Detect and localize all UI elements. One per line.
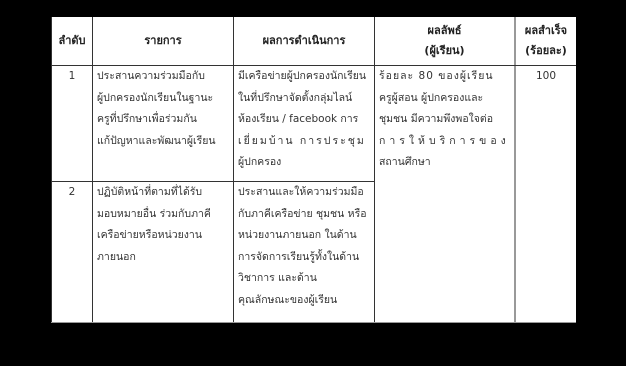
text-line: ครูผู้สอน ผู้ปกครองและ <box>379 88 510 110</box>
text-line: ภายนอก <box>97 247 229 269</box>
text-line: กับภาคีเครือข่าย ชุมชน หรือ <box>238 204 370 226</box>
text-line: ปฏิบัติหน้าที่ตามที่ได้รับ <box>97 182 229 204</box>
text-line: ผู้ปกครอง <box>238 152 370 174</box>
text-line: การให้บริการของ <box>379 131 510 153</box>
header-outcome: ผลลัพธ์ (ผู้เรียน) <box>375 17 514 65</box>
text-line: ร้อยละ 80 ของผู้เรียน <box>379 66 510 88</box>
header-item: รายการ <box>93 17 233 65</box>
text-line: เครือข่ายหรือหน่วยงาน <box>97 225 229 247</box>
text-line: แก้ปัญหาและพัฒนาผู้เรียน <box>97 131 229 153</box>
outcome-merged: ร้อยละ 80 ของผู้เรียน ครูผู้สอน ผู้ปกครอ… <box>375 66 514 174</box>
table-border-bottom <box>51 322 576 323</box>
header-order: ลำดับ <box>52 17 92 65</box>
success-merged: 100 <box>516 66 576 88</box>
text-line: ห้องเรียน / facebook การ <box>238 109 370 131</box>
header-order-label: ลำดับ <box>58 31 85 51</box>
header-success: ผลสำเร็จ (ร้อยละ) <box>516 17 576 65</box>
row2-order: 2 <box>52 182 92 204</box>
text-line: เยี่ยมบ้าน การประชุม <box>238 131 370 153</box>
document-page: ลำดับ รายการ ผลการดำเนินการ ผลลัพธ์ (ผู้… <box>51 17 576 323</box>
header-outcome-line2: (ผู้เรียน) <box>424 41 464 61</box>
text-line: มีเครือข่ายผู้ปกครองนักเรียน <box>238 66 370 88</box>
text-line: ผู้ปกครองนักเรียนในฐานะ <box>97 88 229 110</box>
text-line: ประสานความร่วมมือกับ <box>97 66 229 88</box>
header-item-label: รายการ <box>144 31 181 51</box>
text-line: ประสานและให้ความร่วมมือ <box>238 182 370 204</box>
text-line: ชุมชน มีความพึงพอใจต่อ <box>379 109 510 131</box>
row1-item: ประสานความร่วมมือกับ ผู้ปกครองนักเรียนใน… <box>93 66 233 152</box>
text-line: ในที่ปรึกษาจัดตั้งกลุ่มไลน์ <box>238 88 370 110</box>
text-line: ครูที่ปรึกษาเพื่อร่วมกัน <box>97 109 229 131</box>
row1-process: มีเครือข่ายผู้ปกครองนักเรียน ในที่ปรึกษา… <box>234 66 374 174</box>
header-process: ผลการดำเนินการ <box>234 17 374 65</box>
text-line: มอบหมายอื่น ร่วมกับภาคี <box>97 204 229 226</box>
header-process-label: ผลการดำเนินการ <box>263 31 346 51</box>
text-line: สถานศึกษา <box>379 152 510 174</box>
text-line: หน่วยงานภายนอก ในด้าน <box>238 225 370 247</box>
row2-item: ปฏิบัติหน้าที่ตามที่ได้รับ มอบหมายอื่น ร… <box>93 182 233 268</box>
header-success-line2: (ร้อยละ) <box>525 41 567 61</box>
row2-process: ประสานและให้ความร่วมมือ กับภาคีเครือข่าย… <box>234 182 374 311</box>
text-line: คุณลักษณะของผู้เรียน <box>238 290 370 312</box>
header-success-line1: ผลสำเร็จ <box>525 21 567 41</box>
text-line: วิชาการ และด้าน <box>238 268 370 290</box>
header-outcome-line1: ผลลัพธ์ <box>428 21 462 41</box>
text-line: การจัดการเรียนรู้ทั้งในด้าน <box>238 247 370 269</box>
row1-order: 1 <box>52 66 92 88</box>
